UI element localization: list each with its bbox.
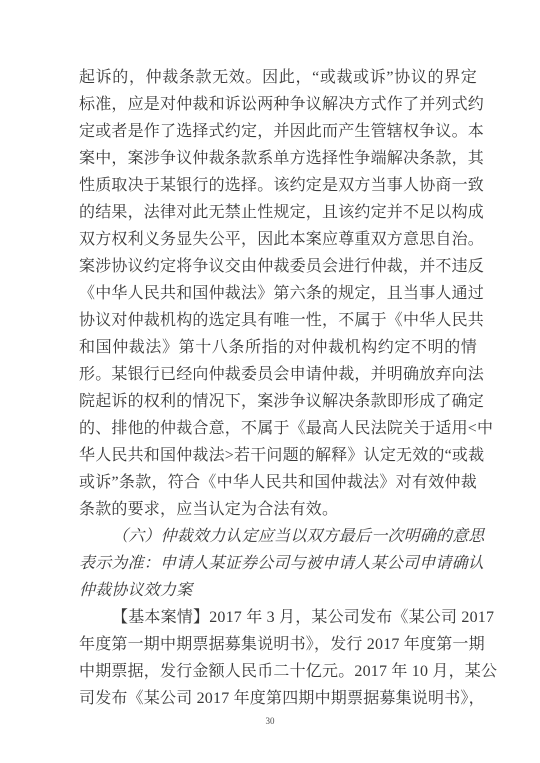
text-line: 年度第一期中期票据募集说明书》，发行 2017 年度第一期 [79,631,477,658]
text-line: 的结果，法律对此无禁止性规定，且该约定并不足以构成 [79,199,477,226]
text-line: 《中华人民共和国仲裁法》第六条的规定，且当事人通过 [79,280,477,307]
text-line: 性质取决于某银行的选择。该约定是双方当事人协商一致 [79,172,477,199]
text-line: 形。某银行已经向仲裁委员会申请仲裁，并明确放弃向法 [79,361,477,388]
paragraph-basic-facts: 【基本案情】2017 年 3 月，某公司发布《某公司 2017 年度第一期中期票… [79,604,477,712]
text-line: 【基本案情】2017 年 3 月，某公司发布《某公司 2017 [79,604,477,631]
text-line: 司发布《某公司 2017 年度第四期中期票据募集说明书》， [79,685,477,712]
text-line: 协议对仲裁机构的选定具有唯一性，不属于《中华人民共 [79,307,477,334]
heading-line: 仲裁协议效力案 [79,577,477,604]
text-line: 双方权利义务显失公平，因此本案应尊重双方意思自治。 [79,226,477,253]
text-line: 条款的要求，应当认定为合法有效。 [79,496,477,523]
heading-line: （六）仲裁效力认定应当以双方最后一次明确的意思 [79,523,477,550]
text-line: 中期票据，发行金额人民币二十亿元。2017 年 10 月，某公 [79,658,477,685]
body-text: 起诉的，仲裁条款无效。因此，“或裁或诉”协议的界定 标准，应是对仲裁和诉讼两种争… [79,64,477,712]
text-line: 和国仲裁法》第十八条所指的对仲裁机构约定不明的情 [79,334,477,361]
paragraph-ruling: 起诉的，仲裁条款无效。因此，“或裁或诉”协议的界定 标准，应是对仲裁和诉讼两种争… [79,64,477,523]
text-line: 标准，应是对仲裁和诉讼两种争议解决方式作了并列式约 [79,91,477,118]
text-line: 案中，案涉争议仲裁条款系单方选择性争端解决条款，其 [79,145,477,172]
text-line: 或诉”条款，符合《中华人民共和国仲裁法》对有效仲裁 [79,469,477,496]
text-line: 华人民共和国仲裁法>若干问题的解释》认定无效的“或裁 [79,442,477,469]
heading-line: 表示为准：申请人某证券公司与被申请人某公司申请确认 [79,550,477,577]
document-page: 起诉的，仲裁条款无效。因此，“或裁或诉”协议的界定 标准，应是对仲裁和诉讼两种争… [0,0,540,763]
text-line: 案涉协议约定将争议交由仲裁委员会进行仲裁，并不违反 [79,253,477,280]
section-heading: （六）仲裁效力认定应当以双方最后一次明确的意思 表示为准：申请人某证券公司与被申… [79,523,477,604]
text-line: 定或者是作了选择式约定，并因此而产生管辖权争议。本 [79,118,477,145]
page-number: 30 [0,716,540,726]
text-line: 院起诉的权利的情况下，案涉争议解决条款即形成了确定 [79,388,477,415]
text-line: 起诉的，仲裁条款无效。因此，“或裁或诉”协议的界定 [79,64,477,91]
text-line: 的、排他的仲裁合意，不属于《最高人民法院关于适用<中 [79,415,477,442]
